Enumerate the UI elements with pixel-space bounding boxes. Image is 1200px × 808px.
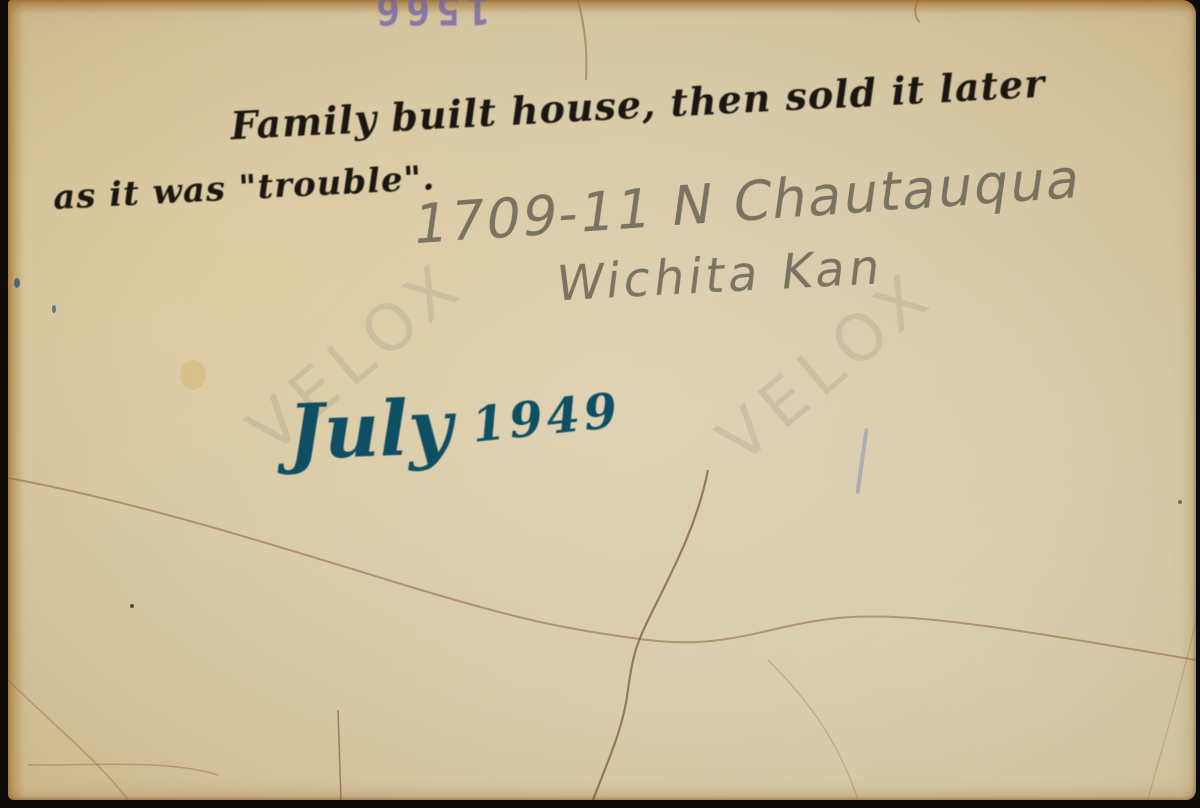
pencil-address-city: Wichita Kan <box>553 239 887 313</box>
top-edge-stain <box>8 0 1196 14</box>
handwritten-note-line-1: Family built house, then sold it later <box>229 61 1046 149</box>
date-month: July <box>286 382 453 477</box>
blue-pencil-mark <box>855 428 868 494</box>
handwritten-date: July1949 <box>288 385 624 474</box>
blue-ink-speck <box>52 305 56 313</box>
stain-spot <box>180 360 206 390</box>
dirt-speck <box>1178 500 1182 504</box>
pencil-address-street: 1709-11 N Chautauqua <box>409 146 1086 256</box>
blue-ink-speck <box>14 278 20 288</box>
handwritten-note-line-2: as it was "trouble". <box>52 158 436 218</box>
date-year: 1949 <box>469 382 624 453</box>
stamped-number: 1566 <box>370 0 490 32</box>
left-edge-stain <box>8 0 24 800</box>
photo-back-paper: VELOX VELOX 1566 Family built house, the… <box>8 0 1196 800</box>
dirt-speck <box>130 604 134 608</box>
